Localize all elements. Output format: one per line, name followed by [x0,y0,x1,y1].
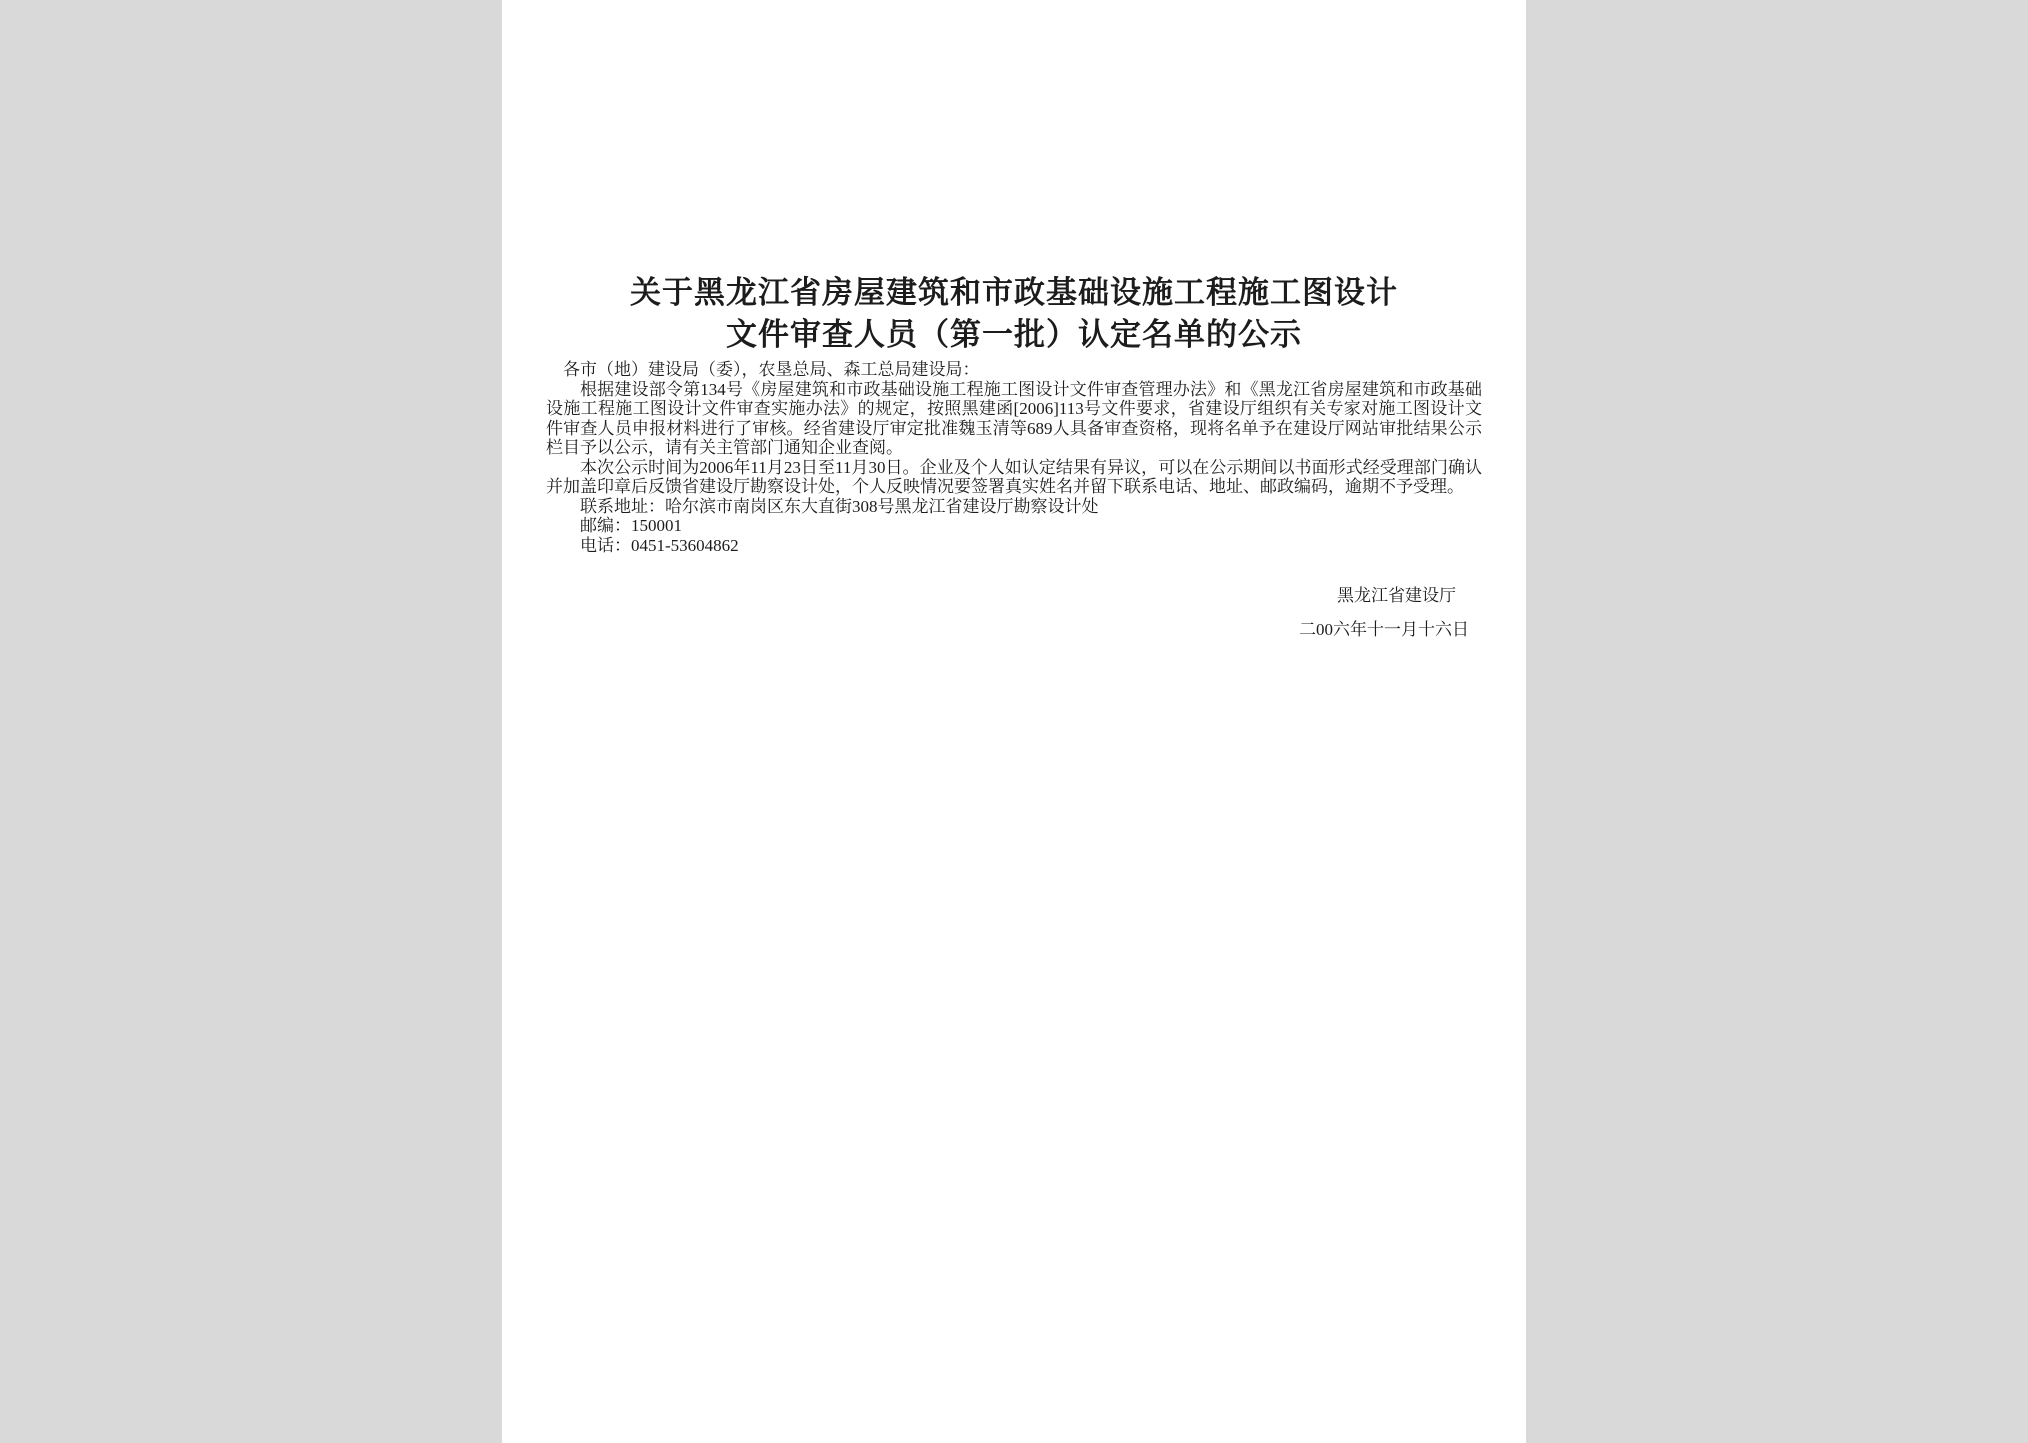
contact-address: 联系地址：哈尔滨市南岗区东大直街308号黑龙江省建设厅勘察设计处 [546,497,1482,517]
contact-zip-code: 邮编：150001 [546,516,1482,536]
screenshot-background: { "page": { "title_line1": "关于黑龙江省房屋建筑和市… [0,0,2028,1443]
paragraph-publicity-period: 本次公示时间为2006年11月23日至11月30日。企业及个人如认定结果有异议，… [546,458,1482,497]
salutation: 各市（地）建设局（委），农垦总局、森工总局建设局： [546,360,1482,380]
document-body: 各市（地）建设局（委），农垦总局、森工总局建设局： 根据建设部令第134号《房屋… [546,360,1482,638]
document-title: 关于黑龙江省房屋建筑和市政基础设施工程施工图设计 文件审查人员（第一批）认定名单… [546,272,1482,356]
signature-date: 二00六年十一月十六日 [546,621,1482,638]
paragraph-basis: 根据建设部令第134号《房屋建筑和市政基础设施工程施工图设计文件审查管理办法》和… [546,380,1482,458]
signature-block: 黑龙江省建设厅 二00六年十一月十六日 [546,587,1482,638]
signature-organization: 黑龙江省建设厅 [546,587,1482,604]
contact-phone: 电话：0451-53604862 [546,536,1482,556]
document-page: 关于黑龙江省房屋建筑和市政基础设施工程施工图设计 文件审查人员（第一批）认定名单… [502,0,1526,1443]
document-title-line-1: 关于黑龙江省房屋建筑和市政基础设施工程施工图设计 [546,272,1482,314]
document-title-line-2: 文件审查人员（第一批）认定名单的公示 [546,314,1482,356]
